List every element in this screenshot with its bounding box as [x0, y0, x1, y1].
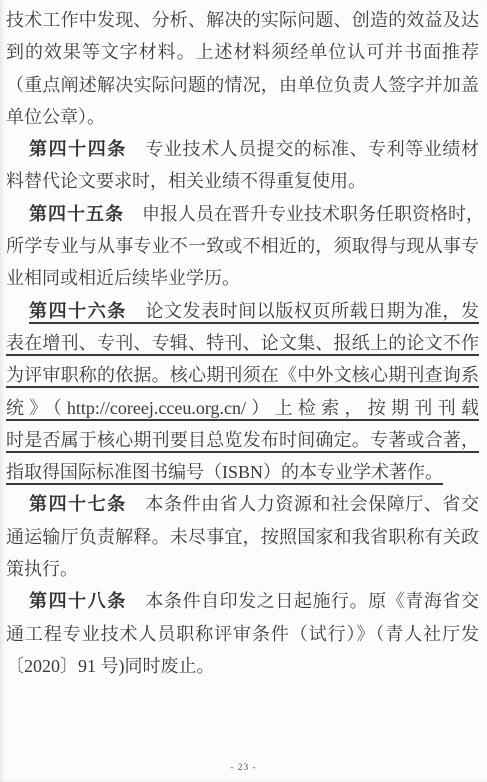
text-line: 单位公章）。 [6, 101, 479, 133]
text-line: 第四十四条 专业技术人员提交的标准、专利等业绩材 [6, 133, 479, 165]
text-line: 技术工作中发现、分析、解决的实际问题、创造的效益及达 [6, 4, 479, 36]
page-number: - 23 - [0, 763, 487, 773]
text-line: 策执行。 [6, 553, 479, 585]
text-line: 到的效果等文字材料。上述材料须经单位认可并书面推荐 [6, 36, 479, 68]
paragraph-4: 第四十六条 论文发表时间以版权页所载日期为准，发表在增刊、专刊、专辑、特刊、论文… [6, 295, 479, 489]
text-line: 料替代论文要求时，相关业绩不得重复使用。 [6, 165, 479, 197]
text-line: 指取得国际标准图书编号（ISBN）的本专业学术著作。 [6, 456, 479, 488]
text-line: 第四十六条 论文发表时间以版权页所载日期为准，发 [6, 295, 479, 327]
text-line: 表在增刊、专刊、专辑、特刊、论文集、报纸上的论文不作 [6, 327, 479, 359]
paragraph-1: 技术工作中发现、分析、解决的实际问题、创造的效益及达到的效果等文字材料。上述材料… [6, 4, 479, 133]
document-body: 技术工作中发现、分析、解决的实际问题、创造的效益及达到的效果等文字材料。上述材料… [0, 0, 487, 682]
article-number: 第四十四条 [29, 139, 127, 159]
paragraph-6: 第四十八条 本条件自印发之日起施行。原《青海省交通工程专业技术人员职称评审条件（… [6, 585, 479, 682]
text-line: 第四十八条 本条件自印发之日起施行。原《青海省交 [6, 585, 479, 617]
document-page: 技术工作中发现、分析、解决的实际问题、创造的效益及达到的效果等文字材料。上述材料… [0, 0, 487, 782]
text-line: 第四十五条 申报人员在晋升专业技术职务任职资格时， [6, 198, 479, 230]
text-line: 业相同或相近后续毕业学历。 [6, 262, 479, 294]
article-number: 第四十七条 [29, 494, 127, 514]
text-line: 统》（http://coreej.cceu.org.cn/）上检索，按期刊刊载 [6, 392, 479, 424]
paragraph-5: 第四十七条 本条件由省人力资源和社会保障厅、省交通运输厅负责解释。未尽事宜，按照… [6, 488, 479, 585]
text-line: 所学专业与从事专业不一致或不相近的，须取得与现从事专 [6, 230, 479, 262]
text-line: 通工程专业技术人员职称评审条件（试行）》（青人社厅发 [6, 618, 479, 650]
text-line: （重点阐述解决实际问题的情况，由单位负责人签字并加盖 [6, 69, 479, 101]
text-line: 时是否属于核心期刊要目总览发布时间确定。专著或合著， [6, 424, 479, 456]
paragraph-2: 第四十四条 专业技术人员提交的标准、专利等业绩材料替代论文要求时，相关业绩不得重… [6, 133, 479, 198]
text-line: 〔2020〕91 号)同时废止。 [6, 650, 479, 682]
text-line: 第四十七条 本条件由省人力资源和社会保障厅、省交 [6, 488, 479, 520]
article-number: 第四十六条 [29, 301, 127, 321]
article-number: 第四十五条 [29, 204, 124, 224]
text-line: 为评审职称的依据。核心期刊须在《中外文核心期刊查询系 [6, 359, 479, 391]
paragraph-3: 第四十五条 申报人员在晋升专业技术职务任职资格时，所学专业与从事专业不一致或不相… [6, 198, 479, 295]
text-line: 通运输厅负责解释。未尽事宜，按照国家和我省职称有关政 [6, 521, 479, 553]
article-number: 第四十八条 [29, 591, 127, 611]
